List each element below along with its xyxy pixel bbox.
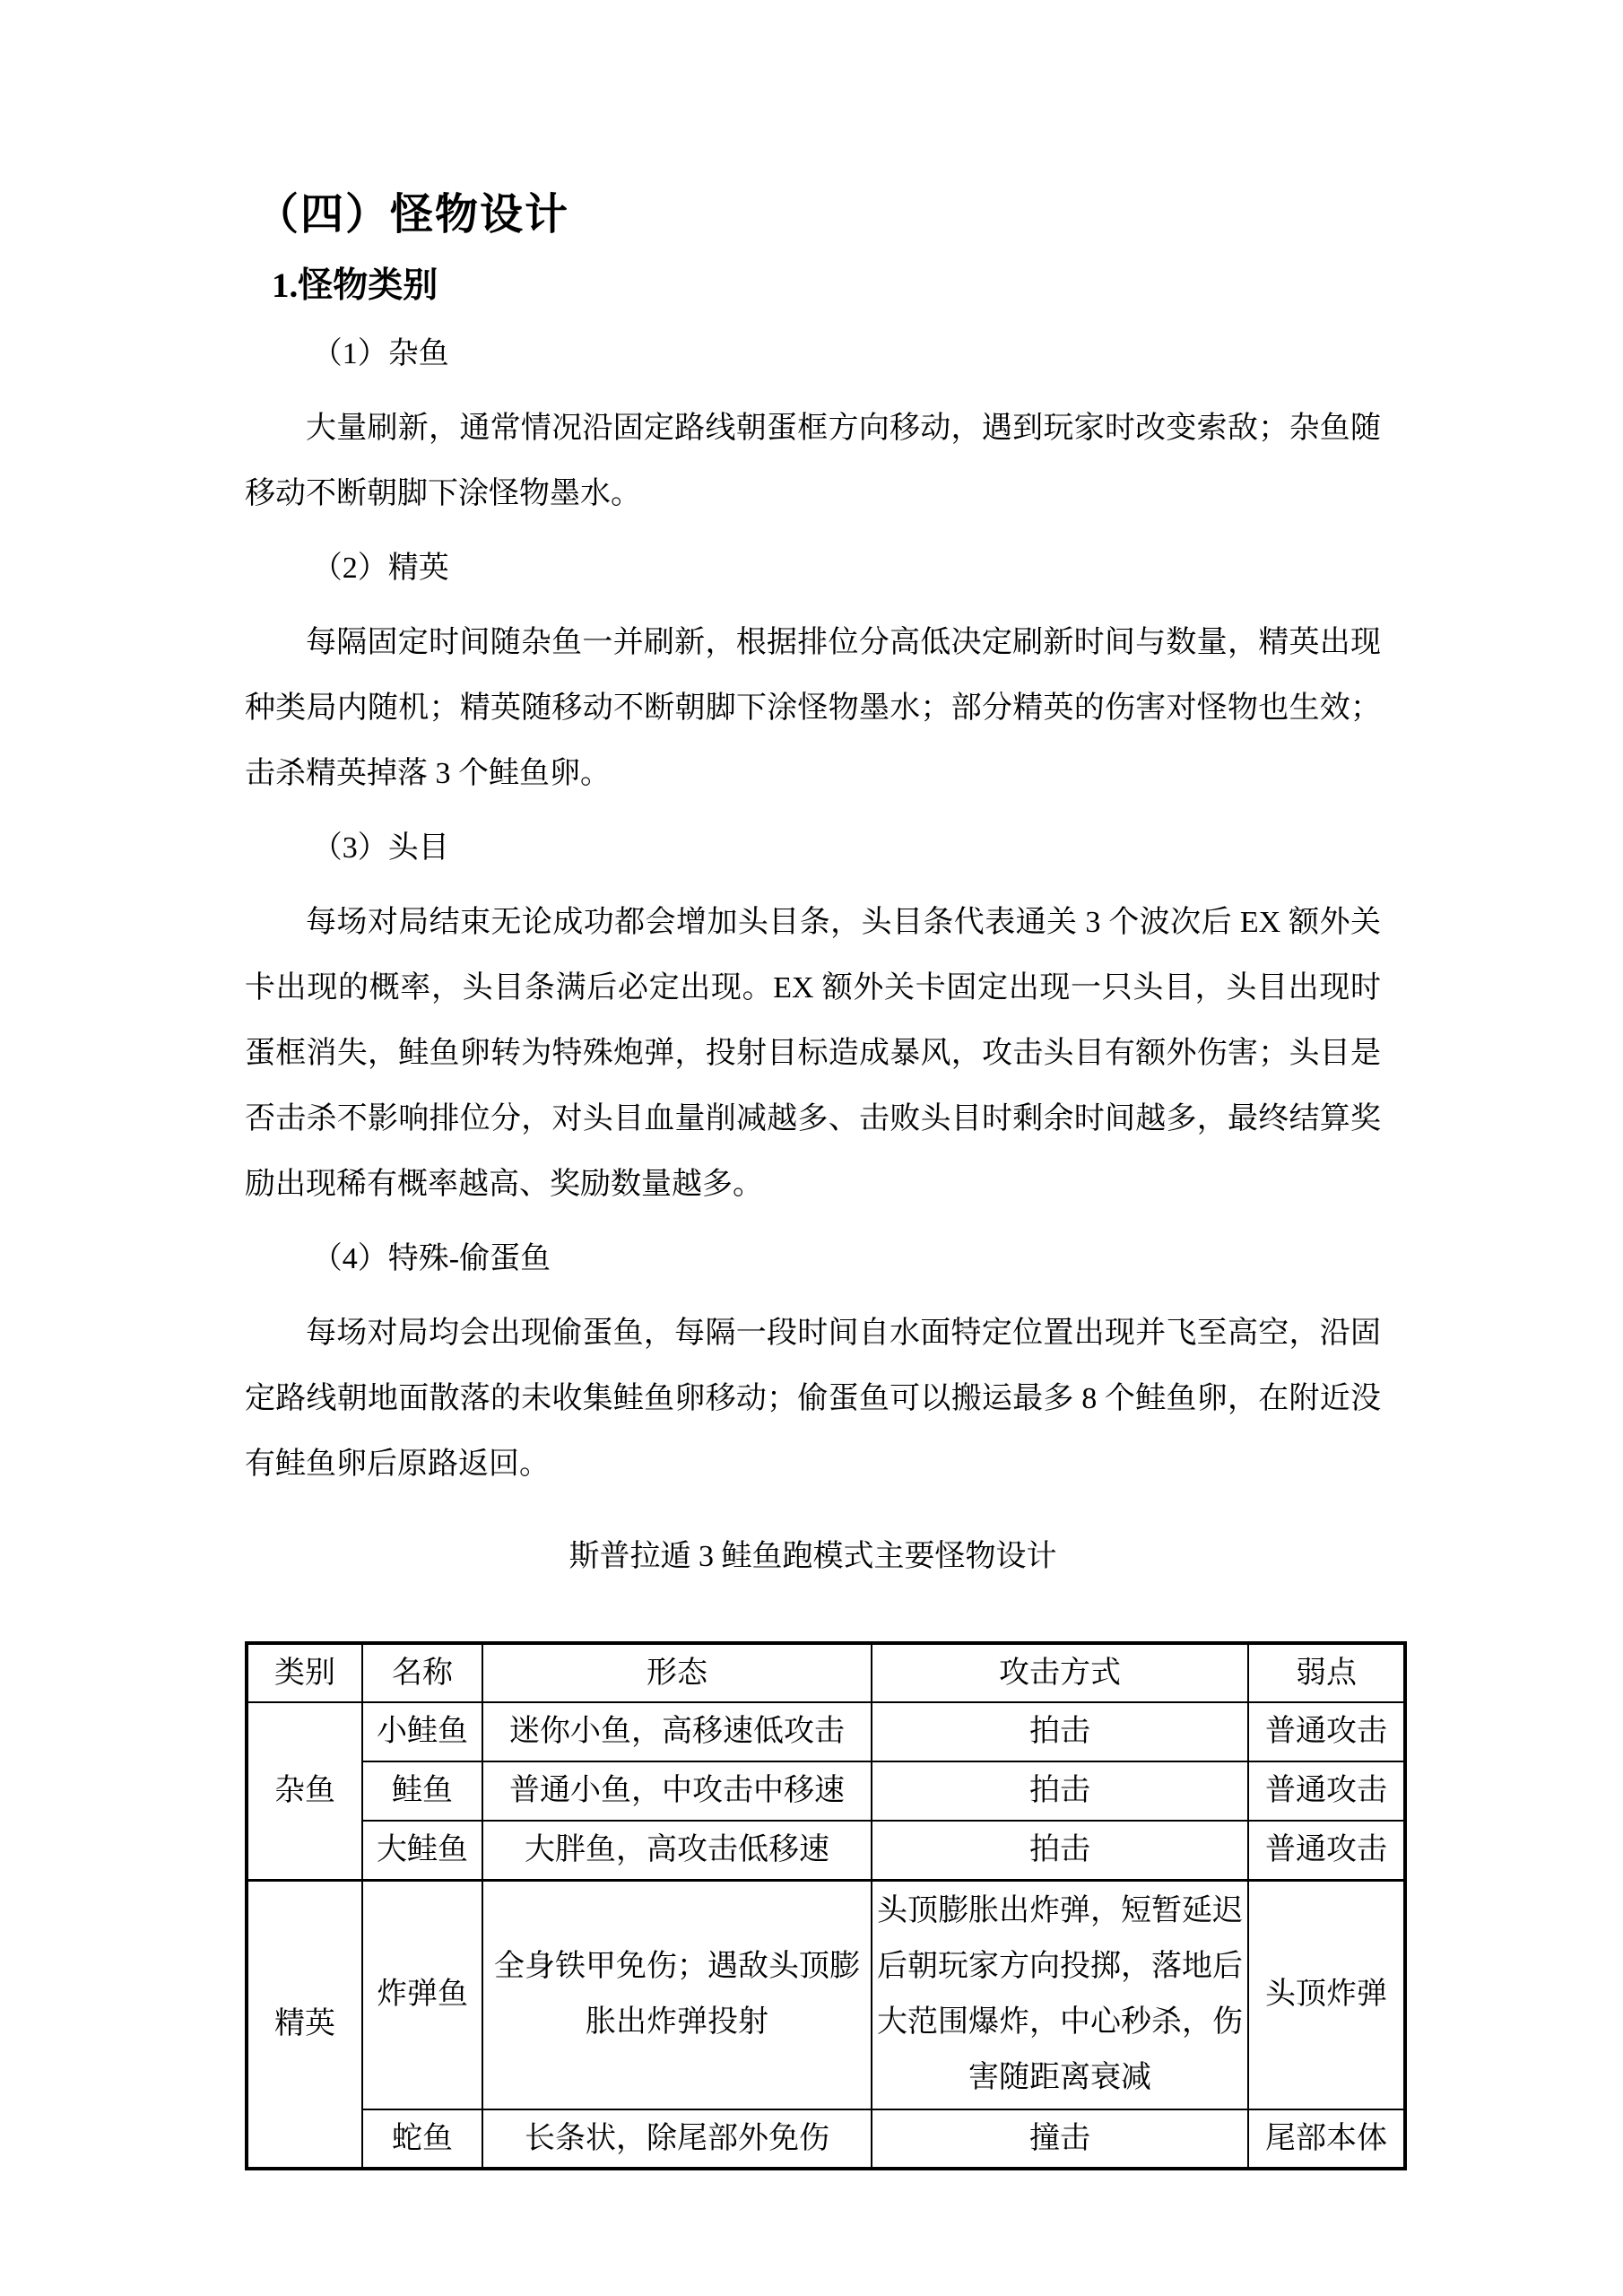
form-cell: 全身铁甲免伤；遇敌头顶膨胀出炸弹投射: [482, 1880, 872, 2109]
category-cell-elite: 精英: [247, 1880, 362, 2169]
attack-cell: 头顶膨胀出炸弹，短暂延迟后朝玩家方向投掷，落地后大范围爆炸，中心秒杀，伤害随距离…: [872, 1880, 1248, 2109]
form-cell: 迷你小鱼，高移速低攻击: [482, 1702, 872, 1761]
col-header-attack: 攻击方式: [872, 1643, 1248, 1702]
item-1-paragraph: 大量刷新，通常情况沿固定路线朝蛋框方向移动，遇到玩家时改变索敌；杂鱼随移动不断朝…: [245, 396, 1381, 526]
attack-cell: 拍击: [872, 1761, 1248, 1821]
table-header-row: 类别 名称 形态 攻击方式 弱点: [247, 1643, 1405, 1702]
item-4-label: （4）特殊-偷蛋鱼: [245, 1226, 1381, 1291]
name-cell: 小鲑鱼: [362, 1702, 482, 1761]
attack-cell: 撞击: [872, 2109, 1248, 2169]
weakness-cell: 头顶炸弹: [1248, 1880, 1405, 2109]
table-caption: 斯普拉遁 3 鲑鱼跑模式主要怪物设计: [245, 1524, 1381, 1589]
table-row-salmon: 鲑鱼 普通小鱼，中攻击中移速 拍击 普通攻击: [247, 1761, 1405, 1821]
table-row-bomb-fish: 精英 炸弹鱼 全身铁甲免伤；遇敌头顶膨胀出炸弹投射 头顶膨胀出炸弹，短暂延迟后朝…: [247, 1880, 1405, 2109]
name-cell: 鲑鱼: [362, 1761, 482, 1821]
subsection-heading: 1.怪物类别: [272, 262, 1381, 310]
item-2-paragraph: 每隔固定时间随杂鱼一并刷新，根据排位分高低决定刷新时间与数量，精英出现种类局内随…: [245, 610, 1381, 806]
table-row-snake-fish: 蛇鱼 长条状，除尾部外免伤 撞击 尾部本体: [247, 2109, 1405, 2169]
weakness-cell: 普通攻击: [1248, 1821, 1405, 1880]
attack-cell: 拍击: [872, 1821, 1248, 1880]
document-content: （四）怪物设计 1.怪物类别 （1）杂鱼 大量刷新，通常情况沿固定路线朝蛋框方向…: [245, 187, 1381, 2170]
item-3-paragraph: 每场对局结束无论成功都会增加头目条，头目条代表通关 3 个波次后 EX 额外关卡…: [245, 890, 1381, 1217]
monster-design-table: 类别 名称 形态 攻击方式 弱点 杂鱼 小鲑鱼 迷你小鱼，高移速低攻击 拍击 普…: [245, 1641, 1407, 2170]
item-3-label: （3）头目: [245, 815, 1381, 881]
form-cell: 大胖鱼，高攻击低移速: [482, 1821, 872, 1880]
weakness-cell: 普通攻击: [1248, 1761, 1405, 1821]
body-text: （1）杂鱼 大量刷新，通常情况沿固定路线朝蛋框方向移动，遇到玩家时改变索敌；杂鱼…: [245, 321, 1381, 1497]
document-page: （四）怪物设计 1.怪物类别 （1）杂鱼 大量刷新，通常情况沿固定路线朝蛋框方向…: [0, 0, 1623, 2296]
section-title: （四）怪物设计: [256, 187, 1381, 244]
name-cell: 大鲑鱼: [362, 1821, 482, 1880]
form-cell: 普通小鱼，中攻击中移速: [482, 1761, 872, 1821]
attack-cell: 拍击: [872, 1702, 1248, 1761]
name-cell: 蛇鱼: [362, 2109, 482, 2169]
table-row-big-salmon: 大鲑鱼 大胖鱼，高攻击低移速 拍击 普通攻击: [247, 1821, 1405, 1880]
col-header-weakness: 弱点: [1248, 1643, 1405, 1702]
table-row-small-salmon: 杂鱼 小鲑鱼 迷你小鱼，高移速低攻击 拍击 普通攻击: [247, 1702, 1405, 1761]
item-2-label: （2）精英: [245, 535, 1381, 601]
form-cell: 长条状，除尾部外免伤: [482, 2109, 872, 2169]
weakness-cell: 尾部本体: [1248, 2109, 1405, 2169]
col-header-category: 类别: [247, 1643, 362, 1702]
name-cell: 炸弹鱼: [362, 1880, 482, 2109]
item-4-paragraph: 每场对局均会出现偷蛋鱼，每隔一段时间自水面特定位置出现并飞至高空，沿固定路线朝地…: [245, 1300, 1381, 1497]
category-cell-trash-fish: 杂鱼: [247, 1702, 362, 1880]
col-header-name: 名称: [362, 1643, 482, 1702]
col-header-form: 形态: [482, 1643, 872, 1702]
item-1-label: （1）杂鱼: [245, 321, 1381, 387]
weakness-cell: 普通攻击: [1248, 1702, 1405, 1761]
